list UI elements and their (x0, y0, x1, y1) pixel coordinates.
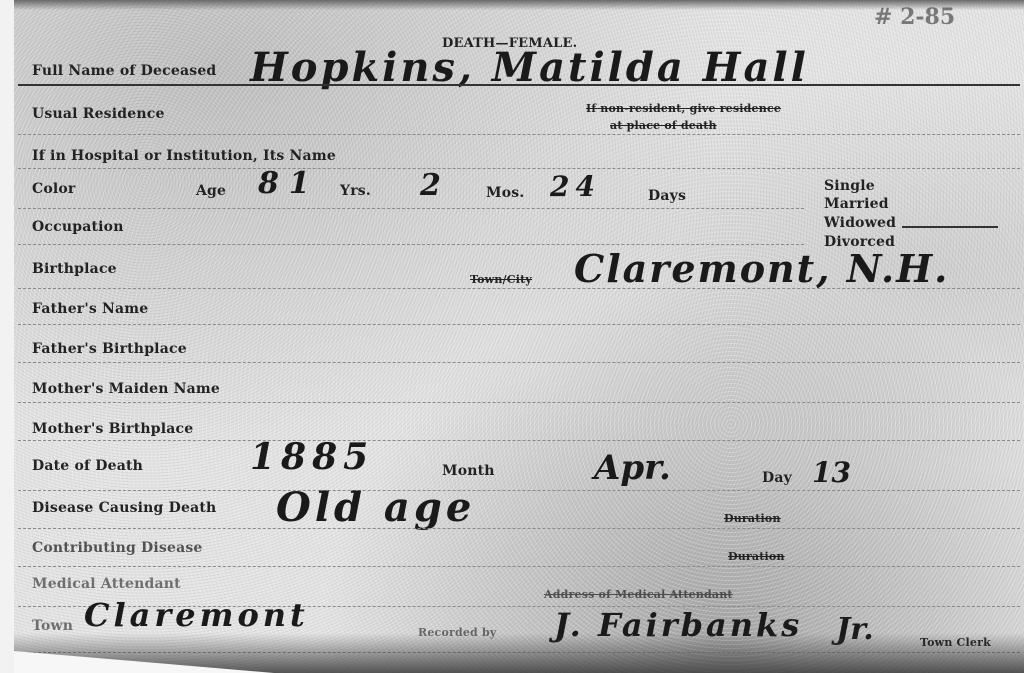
value-disease: Old age (276, 484, 475, 531)
rule (18, 402, 1020, 403)
label-attendant-address: Address of Medical Attendant (544, 588, 733, 601)
rule (18, 84, 1020, 86)
label-fathers-name: Father's Name (32, 301, 148, 317)
label-contributing: Contributing Disease (32, 540, 203, 556)
label-full-name: Full Name of Deceased (32, 63, 216, 79)
reference-number: # 2-85 (874, 4, 955, 30)
label-birthplace: Birthplace (32, 261, 117, 277)
note-nonresident-2: at place of death (610, 119, 717, 132)
value-death-day: 13 (812, 456, 851, 489)
value-birthplace: Claremont, N.H. (574, 246, 949, 291)
rule (18, 244, 804, 245)
label-years: Yrs. (340, 183, 371, 199)
label-disease-duration: Duration (724, 512, 781, 525)
rule (18, 528, 1020, 529)
label-month: Month (442, 463, 495, 479)
label-town: Town (32, 618, 73, 634)
marital-married: Married (824, 196, 889, 212)
death-record-card: DEATH—FEMALE. # 2-85 Full Name of Deceas… (14, 0, 1024, 673)
rule (18, 288, 1020, 289)
value-age-months: 2 (420, 168, 441, 203)
label-usual-residence: Usual Residence (32, 106, 165, 122)
label-age: Age (196, 183, 226, 199)
rule (18, 168, 1020, 169)
rule (18, 362, 1020, 363)
rule (18, 490, 1020, 491)
label-medical-attendant: Medical Attendant (32, 576, 181, 592)
label-date-of-death: Date of Death (32, 458, 143, 474)
rule (18, 208, 804, 209)
rule (18, 566, 1020, 567)
value-town: Claremont (84, 596, 309, 634)
marital-widowed: Widowed (824, 215, 896, 231)
marital-single: Single (824, 178, 875, 194)
label-mothers-maiden-name: Mother's Maiden Name (32, 381, 220, 397)
label-mothers-birthplace: Mother's Birthplace (32, 421, 193, 437)
label-days: Days (648, 188, 686, 204)
label-day: Day (762, 470, 792, 486)
note-nonresident-1: If non-resident, give residence (586, 102, 781, 115)
scan-shadow-top (14, 0, 1024, 10)
label-occupation: Occupation (32, 219, 124, 235)
widowed-mark (902, 226, 998, 228)
label-color: Color (32, 181, 76, 197)
label-months: Mos. (486, 185, 524, 201)
label-hospital: If in Hospital or Institution, Its Name (32, 148, 336, 164)
label-contributing-duration: Duration (728, 550, 785, 563)
rule (18, 324, 1020, 325)
value-death-year: 1885 (250, 436, 374, 478)
value-age-days: 24 (550, 170, 601, 203)
struck-prefix: Town/City (470, 273, 532, 286)
rule (18, 134, 1020, 135)
value-death-month: Apr. (594, 448, 671, 488)
rule (18, 440, 1020, 441)
label-fathers-birthplace: Father's Birthplace (32, 341, 187, 357)
value-age-years: 81 (258, 166, 320, 201)
label-disease: Disease Causing Death (32, 500, 216, 516)
